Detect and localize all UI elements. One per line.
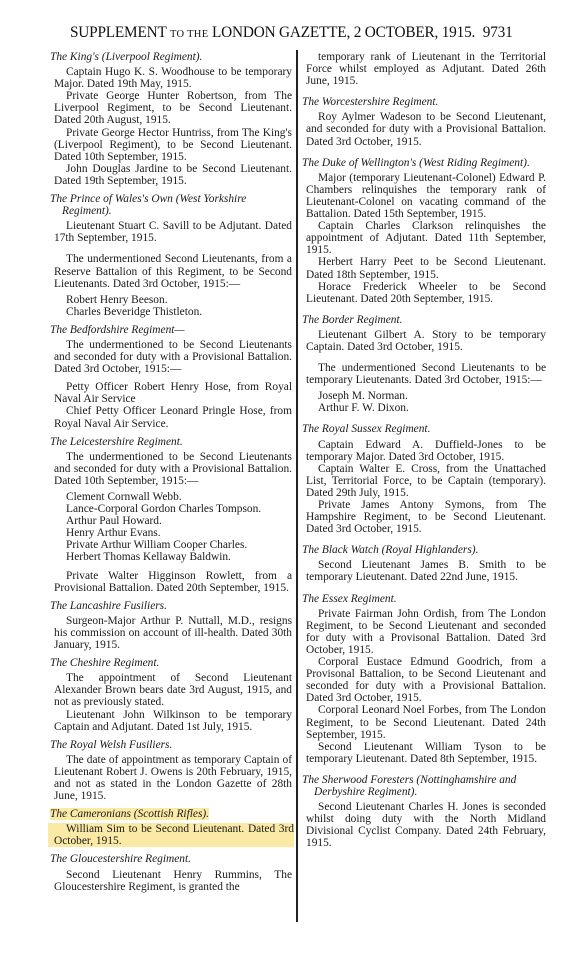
section-heading: The Cheshire Regiment.	[50, 657, 292, 669]
name-list: Clement Cornwall Webb. Lance-Corporal Go…	[66, 491, 292, 564]
notice-paragraph: Horace Frederick Wheeler to be Second Li…	[306, 281, 546, 305]
section-prince-of-wales: The Prince of Wales's Own (West Yorkshir…	[54, 193, 292, 318]
list-item: Arthur Paul Howard.	[66, 515, 292, 527]
name-list: Joseph M. Norman. Arthur F. W. Dixon.	[318, 390, 546, 414]
notice-paragraph: Corporal Eustace Edmund Goodrich, from a…	[306, 656, 546, 704]
highlighted-notice: William Sim to be Second Lieutenant. Dat…	[48, 823, 294, 847]
list-item: Robert Henry Beeson.	[66, 294, 292, 306]
section-border: The Border Regiment. Lieutenant Gilbert …	[306, 314, 546, 415]
section-heading: The King's (Liverpool Regiment).	[50, 51, 292, 63]
section-essex: The Essex Regiment. Private Fairman John…	[306, 593, 546, 765]
notice-paragraph: Petty Officer Robert Henry Hose, from Ro…	[54, 381, 292, 405]
section-heading: The Black Watch (Royal Highlanders).	[302, 544, 546, 556]
section-bedfordshire: The Bedfordshire Regiment— The underment…	[54, 324, 292, 430]
notice-paragraph: Major (temporary Lieutenant-Colonel) Edw…	[306, 172, 546, 220]
notice-paragraph: Lieutenant Stuart C. Savill to be Adjuta…	[54, 220, 292, 244]
header-prefix: SUPPLEMENT	[70, 24, 166, 41]
list-item: Private Arthur William Cooper Charles.	[66, 539, 292, 551]
notice-paragraph: Private George Hector Huntriss, from The…	[54, 127, 292, 163]
section-heading: The Duke of Wellington's (West Riding Re…	[302, 157, 546, 169]
section-black-watch: The Black Watch (Royal Highlanders). Sec…	[306, 544, 546, 583]
left-column: The King's (Liverpool Regiment). Captain…	[54, 51, 292, 893]
section-heading: The Prince of Wales's Own (West Yorkshir…	[50, 193, 292, 217]
notice-paragraph: The appointment of Second Lieutenant Ale…	[54, 672, 292, 708]
notice-paragraph: The undermentioned to be Second Lieutena…	[54, 451, 292, 487]
notice-paragraph: Captain Charles Clarkson relinquishes th…	[306, 220, 546, 256]
section-heading: The Cameronians (Scottish Rifles).	[50, 808, 292, 820]
notice-paragraph: The undermentioned to be Second Lieutena…	[54, 339, 292, 375]
section-heading: The Sherwood Foresters (Nottinghamshire …	[302, 774, 546, 798]
column-divider	[296, 50, 298, 922]
notice-paragraph: Private Fairman John Ordish, from The Lo…	[306, 608, 546, 656]
notice-paragraph: Captain Hugo K. S. Woodhouse to be tempo…	[54, 66, 292, 90]
section-heading: The Leicestershire Regiment.	[50, 436, 292, 448]
notice-paragraph: Roy Aylmer Wadeson to be Second Lieutena…	[306, 111, 546, 147]
notice-paragraph: Second Lieutenant James B. Smith to be t…	[306, 559, 546, 583]
section-heading: The Lancashire Fusiliers.	[50, 600, 292, 612]
section-duke-of-wellington: The Duke of Wellington's (West Riding Re…	[306, 157, 546, 305]
header-title: LONDON GAZETTE, 2 OCTOBER, 1915.	[212, 24, 475, 41]
notice-paragraph: John Douglas Jardine to be Second Lieute…	[54, 163, 292, 187]
section-heading: The Royal Welsh Fusiliers.	[50, 739, 292, 751]
notice-paragraph: Second Lieutenant Henry Rummins, The Glo…	[54, 869, 292, 893]
list-item: Charles Beveridge Thistleton.	[66, 306, 292, 318]
notice-paragraph: The undermentioned Second Lieutenants to…	[306, 362, 546, 386]
notice-paragraph: Captain Edward A. Duffield-Jones to be t…	[306, 439, 546, 463]
list-item: Arthur F. W. Dixon.	[318, 402, 546, 414]
notice-paragraph: Private George Hunter Robertson, from Th…	[54, 90, 292, 126]
page-header: SUPPLEMENT to the LONDON GAZETTE, 2 OCTO…	[70, 24, 550, 42]
section-cheshire: The Cheshire Regiment. The appointment o…	[54, 657, 292, 733]
notice-paragraph: Corporal Leonard Noel Forbes, from The L…	[306, 704, 546, 740]
continued-paragraph: temporary rank of Lieutenant in the Terr…	[306, 51, 546, 87]
notice-paragraph: Lieutenant John Wilkinson to be temporar…	[54, 709, 292, 733]
notice-paragraph: Herbert Harry Peet to be Second Lieutena…	[306, 256, 546, 280]
notice-paragraph: Private James Antony Symons, from The Ha…	[306, 499, 546, 535]
list-item: Lance-Corporal Gordon Charles Tompson.	[66, 503, 292, 515]
section-heading: The Essex Regiment.	[302, 593, 546, 605]
section-leicestershire: The Leicestershire Regiment. The underme…	[54, 436, 292, 594]
section-heading: The Royal Sussex Regiment.	[302, 423, 546, 435]
section-sherwood-foresters: The Sherwood Foresters (Nottinghamshire …	[306, 774, 546, 850]
notice-paragraph: Surgeon-Major Arthur P. Nuttall, M.D., r…	[54, 615, 292, 651]
section-gloucestershire: The Gloucestershire Regiment. Second Lie…	[54, 853, 292, 892]
notice-paragraph: Chief Petty Officer Leonard Pringle Hose…	[54, 405, 292, 429]
notice-paragraph: Second Lieutenant William Tyson to be te…	[306, 741, 546, 765]
section-lancashire-fusiliers: The Lancashire Fusiliers. Surgeon-Major …	[54, 600, 292, 651]
name-list: Robert Henry Beeson. Charles Beveridge T…	[66, 294, 292, 318]
section-worcestershire: The Worcestershire Regiment. Roy Aylmer …	[306, 96, 546, 147]
notice-paragraph: Captain Walter E. Cross, from the Unatta…	[306, 463, 546, 499]
notice-paragraph: Second Lieutenant Charles H. Jones is se…	[306, 801, 546, 849]
notice-paragraph: The date of appointment as temporary Cap…	[54, 754, 292, 802]
page-number: 9731	[483, 24, 513, 41]
section-kings-liverpool: The King's (Liverpool Regiment). Captain…	[54, 51, 292, 187]
notice-paragraph: Lieutenant Gilbert A. Story to be tempor…	[306, 329, 546, 353]
header-to-the: to the	[170, 29, 208, 40]
section-royal-welsh-fusiliers: The Royal Welsh Fusiliers. The date of a…	[54, 739, 292, 802]
list-item: Henry Arthur Evans.	[66, 527, 292, 539]
right-column: temporary rank of Lieutenant in the Terr…	[306, 51, 546, 849]
section-royal-sussex: The Royal Sussex Regiment. Captain Edwar…	[306, 423, 546, 535]
list-item: Herbert Thomas Kellaway Baldwin.	[66, 551, 292, 563]
section-heading: The Bedfordshire Regiment—	[50, 324, 292, 336]
section-cameronians-highlighted: The Cameronians (Scottish Rifles). Willi…	[54, 808, 292, 847]
section-heading: The Gloucestershire Regiment.	[50, 853, 292, 865]
section-heading: The Border Regiment.	[302, 314, 546, 326]
notice-paragraph: The undermentioned Second Lieutenants, f…	[54, 253, 292, 289]
section-heading: The Worcestershire Regiment.	[302, 96, 546, 108]
notice-paragraph: Private Walter Higginson Rowlett, from a…	[54, 570, 292, 594]
gazette-page: SUPPLEMENT to the LONDON GAZETTE, 2 OCTO…	[0, 0, 588, 972]
list-item: Clement Cornwall Webb.	[66, 491, 292, 503]
list-item: Joseph M. Norman.	[318, 390, 546, 402]
highlighted-heading: The Cameronians (Scottish Rifles).	[50, 808, 209, 820]
